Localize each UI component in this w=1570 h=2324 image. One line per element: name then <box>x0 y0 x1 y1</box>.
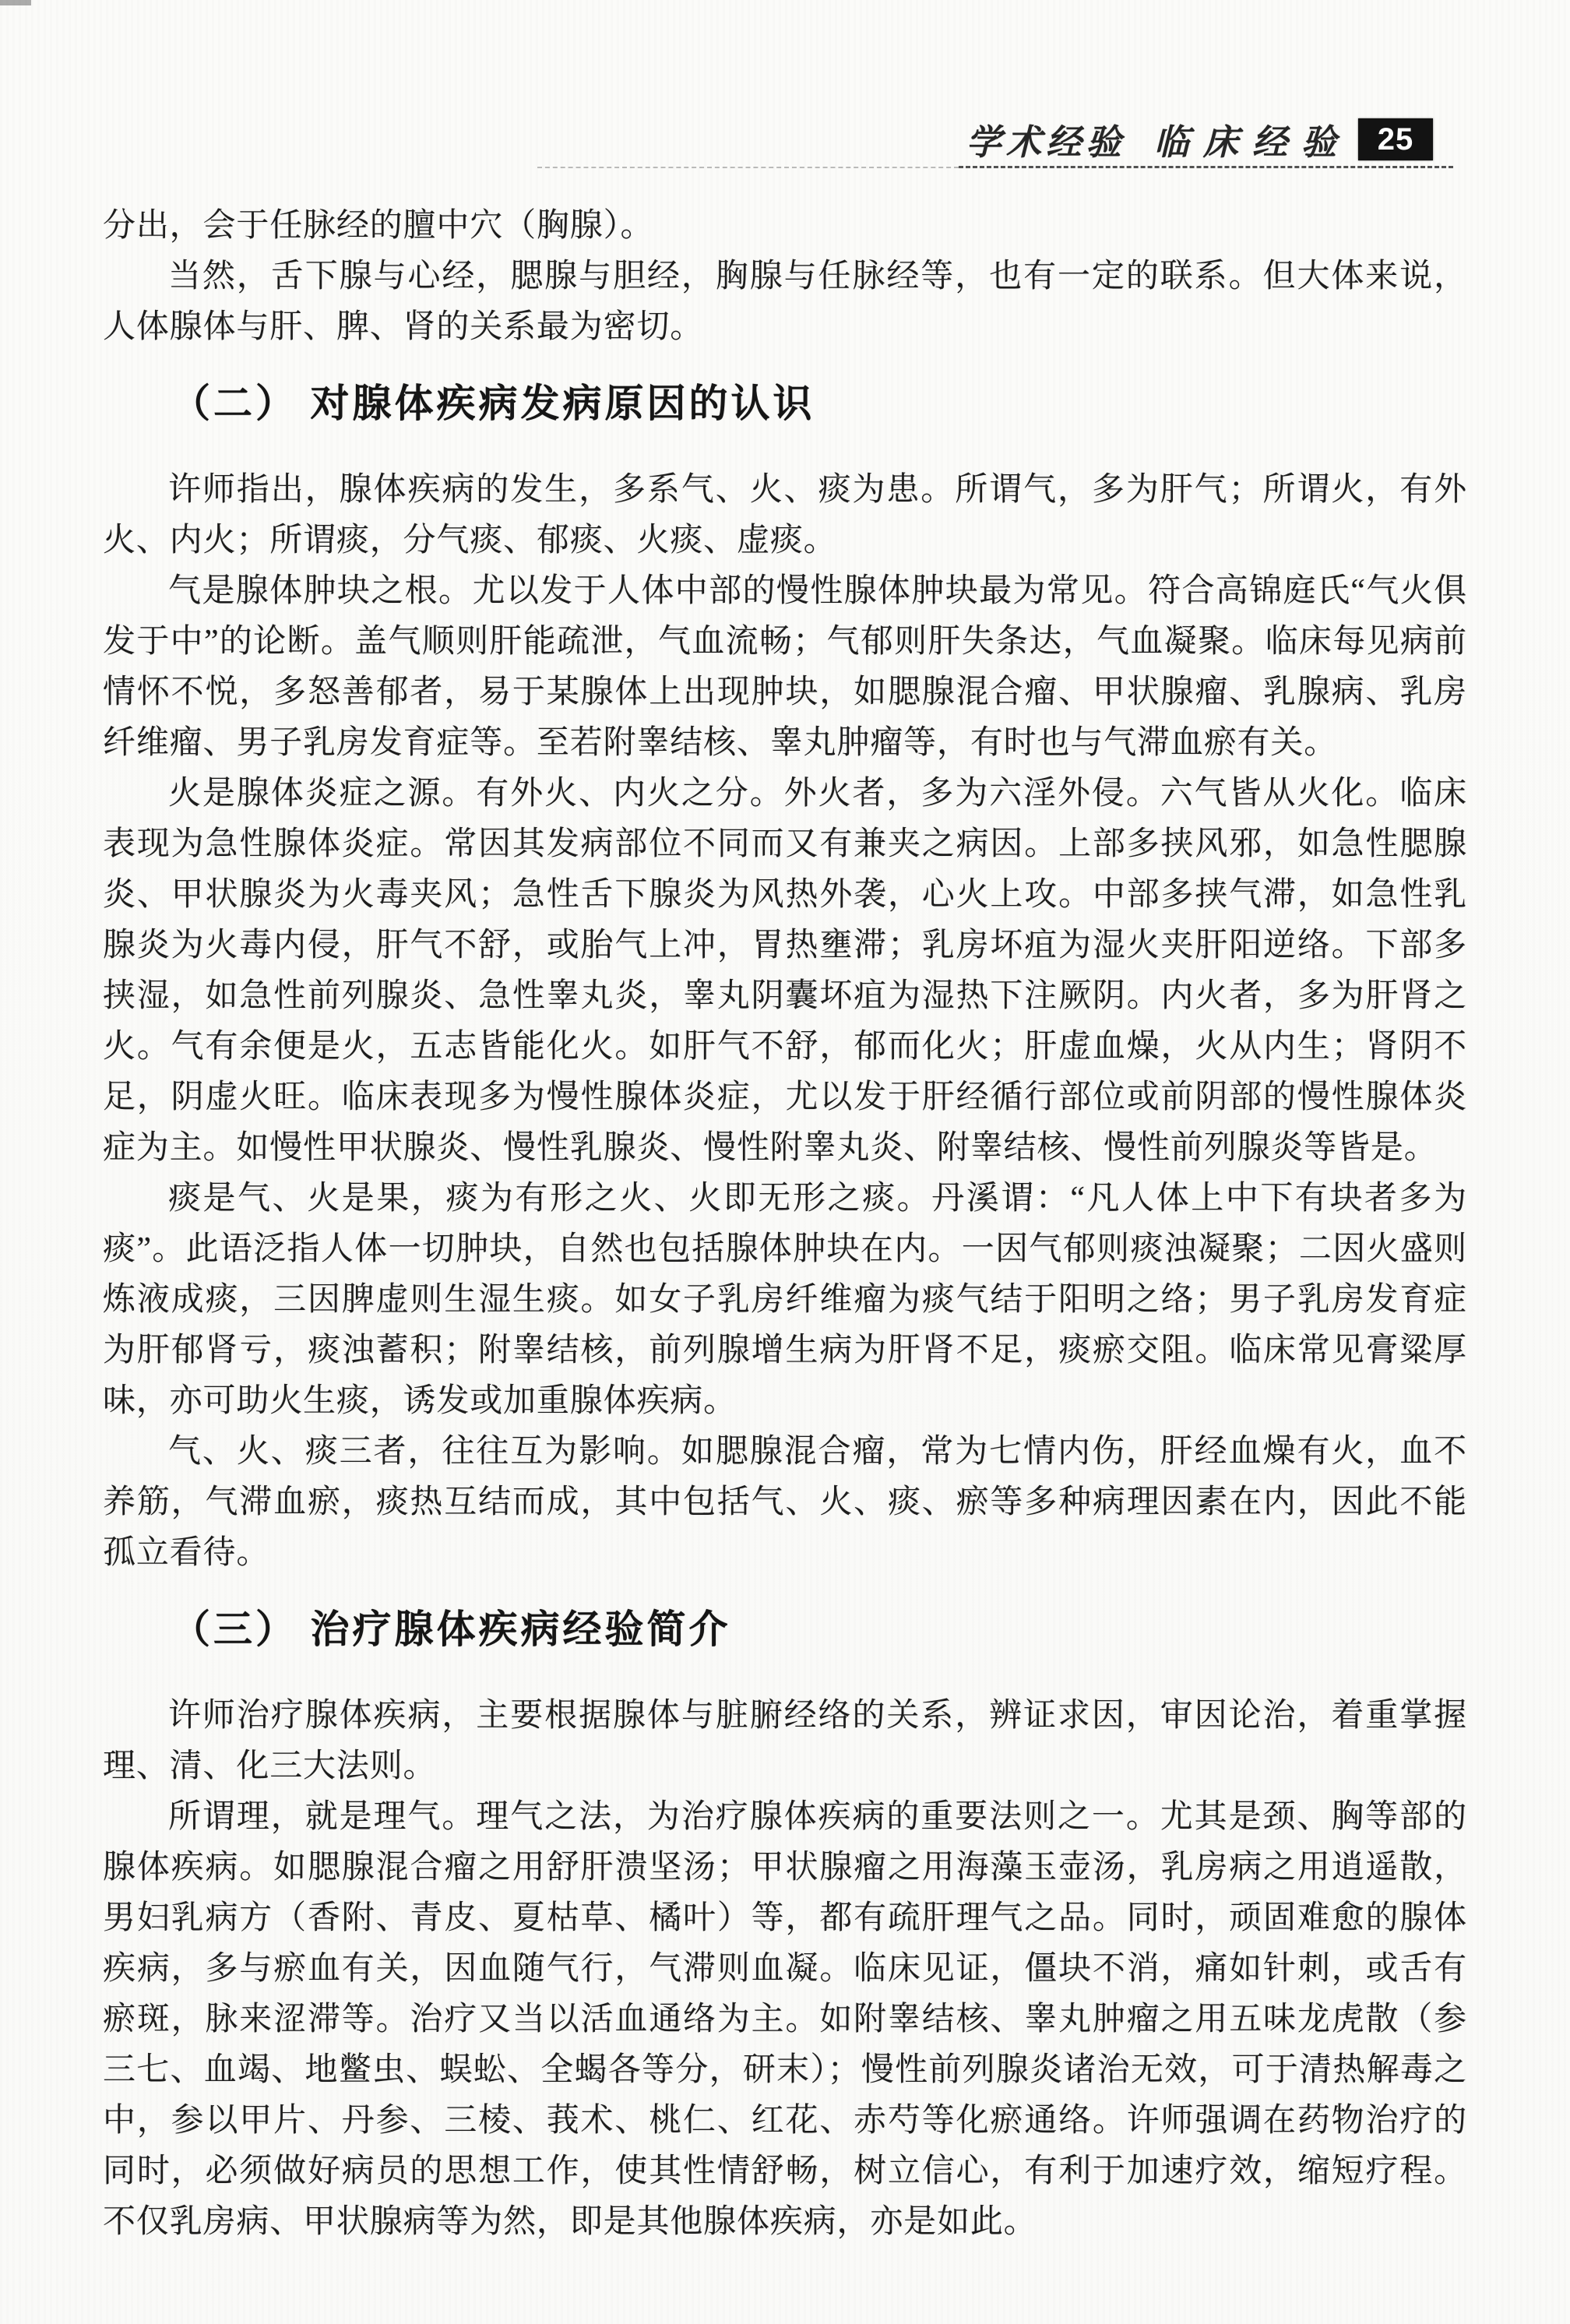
body-paragraph: 火是腺体炎症之源。有外火、内火之分。外火者，多为六淫外侵。六气皆从火化。临床表现… <box>103 769 1467 1174</box>
section-heading: （二） 对腺体疾病发病原因的认识 <box>103 381 1467 426</box>
header-rule <box>537 164 1453 168</box>
body-paragraph: 许师指出，腺体疾病的发生，多系气、火、痰为患。所谓气，多为肝气；所谓火，有外火、… <box>103 465 1467 566</box>
header-rule-light-segment <box>537 164 959 168</box>
body-paragraph: 当然，舌下腺与心经，腮腺与胆经，胸腺与任脉经等，也有一定的联系。但大体来说，人体… <box>103 252 1467 353</box>
running-header: 学术经验 临床经验 25 <box>966 114 1433 164</box>
page-number-box: 25 <box>1358 118 1433 160</box>
body-paragraph: 痰是气、火是果，痰为有形之火、火即无形之痰。丹溪谓：“凡人体上中下有块者多为痰”… <box>103 1174 1467 1427</box>
body-paragraph: 气、火、痰三者，往往互为影响。如腮腺混合瘤，常为七情内伤，肝经血燥有火，血不养筋… <box>103 1427 1467 1579</box>
page-number: 25 <box>1378 124 1414 155</box>
body-paragraph: 所谓理，就是理气。理气之法，为治疗腺体疾病的重要法则之一。尤其是颈、胸等部的腺体… <box>103 1792 1467 2248</box>
body-paragraph: 气是腺体肿块之根。尤以发于人体中部的慢性腺体肿块最为常见。符合高锦庭氏“气火俱发… <box>103 566 1467 769</box>
book-page: 学术经验 临床经验 25 分出，会于任脉经的膻中穴（胸腺）。 当然，舌下腺与心经… <box>0 0 1570 2324</box>
body-text: 分出，会于任脉经的膻中穴（胸腺）。 当然，舌下腺与心经，腮腺与胆经，胸腺与任脉经… <box>103 201 1467 2248</box>
header-rule-dark-segment <box>959 164 1453 168</box>
scan-artifact <box>0 0 31 5</box>
header-section-label: 学术经验 <box>966 114 1126 164</box>
section-heading: （三） 治疗腺体疾病经验简介 <box>103 1607 1467 1652</box>
body-paragraph: 许师治疗腺体疾病，主要根据腺体与脏腑经络的关系，辨证求因，审因论治，着重掌握理、… <box>103 1691 1467 1792</box>
body-paragraph: 分出，会于任脉经的膻中穴（胸腺）。 <box>103 201 1467 252</box>
header-subsection-label: 临床经验 <box>1154 114 1350 164</box>
